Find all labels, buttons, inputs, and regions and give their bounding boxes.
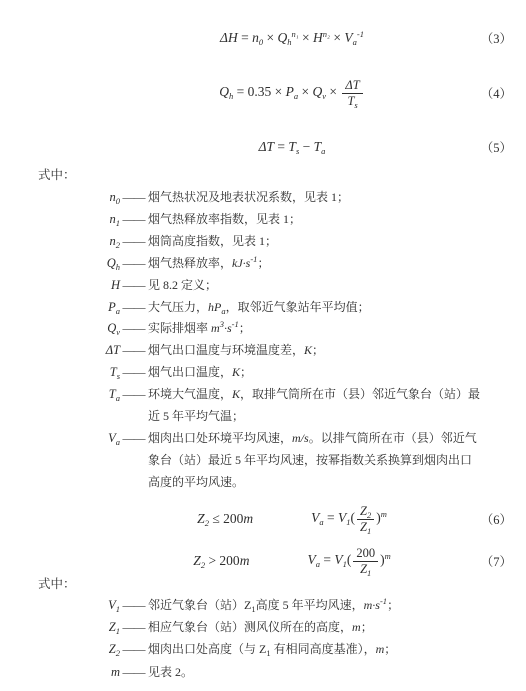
definition-dash: —— — [120, 638, 147, 660]
definition-desc: 见 8.2 定义； — [148, 275, 482, 297]
formula-7-condition: Z2 > 200m — [193, 553, 249, 569]
definition-row: Qh —— 烟气热释放率，kJ·s-1； — [0, 253, 482, 275]
definition-dash: —— — [120, 362, 147, 384]
formula-3: ΔH = n0 × Qhn₁ × Hn₂ × Va-1 — [220, 30, 364, 46]
definition-desc: 环境大气温度，K，取排气筒所在市（县）邻近气象台（站）最近 5 年平均气温； — [148, 384, 482, 428]
definition-dash: —— — [120, 318, 147, 340]
definition-desc: 烟气热状况及地表状况系数，见表 1； — [148, 187, 482, 209]
definition-desc: 烟肉出口处环境平均风速，m/s。以排气筒所在市（县）邻近气象台（站）最近 5 年… — [148, 428, 482, 494]
definition-dash: —— — [120, 384, 147, 406]
definition-symbol: n2 — [0, 231, 120, 253]
formula-5-number: （5） — [481, 138, 512, 156]
definition-row: n0 —— 烟气热状况及地表状况系数，见表 1； — [0, 187, 482, 209]
definition-symbol: Pa — [0, 297, 120, 319]
definition-dash: —— — [120, 428, 147, 450]
formula-5: ΔT = Ts − Ta — [259, 139, 326, 155]
definition-symbol: m — [0, 661, 120, 683]
formula-6-row: Z2 ≤ 200m Va = V1(Z2Z1)m （6） — [88, 499, 496, 539]
where-label-1: 式中： — [38, 165, 76, 183]
formula-6: Va = V1(Z2Z1)m — [311, 504, 387, 534]
definition-desc: 烟气出口温度，K； — [148, 362, 482, 384]
definition-row: Pa —— 大气压力，hPa，取邻近气象站年平均值； — [0, 297, 482, 319]
formula-4-row: Qh = 0.35 × Pa × Qv × ΔTTs （4） — [88, 73, 496, 113]
definition-list-2: V1 —— 邻近气象台（站）Z1高度 5 年平均风速，m·s-1； Z1 —— … — [0, 594, 482, 683]
definition-row: n2 —— 烟筒高度指数，见表 1； — [0, 231, 482, 253]
formula-6-condition: Z2 ≤ 200m — [197, 511, 253, 527]
definition-dash: —— — [120, 187, 147, 209]
formula-4: Qh = 0.35 × Pa × Qv × ΔTTs — [219, 78, 364, 108]
definition-row: Va —— 烟肉出口处环境平均风速，m/s。以排气筒所在市（县）邻近气象台（站）… — [0, 428, 482, 494]
definition-symbol: Z1 — [0, 616, 120, 638]
definition-desc: 烟筒高度指数，见表 1； — [148, 231, 482, 253]
definition-row: Qv —— 实际排烟率 m3·s-1； — [0, 318, 482, 340]
definition-dash: —— — [120, 594, 147, 616]
formula-5-row: ΔT = Ts − Ta （5） — [88, 134, 496, 160]
definition-symbol: Qh — [0, 253, 120, 275]
definition-row: n1 —— 烟气热释放率指数，见表 1； — [0, 209, 482, 231]
definition-list-1: n0 —— 烟气热状况及地表状况系数，见表 1； n1 —— 烟气热释放率指数，… — [0, 187, 482, 494]
definition-desc: 烟肉出口处高度（与 Z1 有相同高度基准），m； — [148, 638, 482, 660]
where-label-2: 式中： — [38, 574, 76, 592]
definition-symbol: ΔT — [0, 340, 120, 362]
definition-dash: —— — [120, 616, 147, 638]
definition-desc: 烟气热释放率指数，见表 1； — [148, 209, 482, 231]
definition-row: Z2 —— 烟肉出口处高度（与 Z1 有相同高度基准），m； — [0, 638, 482, 660]
definition-row: V1 —— 邻近气象台（站）Z1高度 5 年平均风速，m·s-1； — [0, 594, 482, 616]
definition-dash: —— — [120, 340, 147, 362]
definition-dash: —— — [120, 275, 147, 297]
definition-symbol: Ta — [0, 384, 120, 406]
definition-dash: —— — [120, 297, 147, 319]
document-page: ΔH = n0 × Qhn₁ × Hn₂ × Va-1 （3） Qh = 0.3… — [0, 0, 526, 691]
definition-row: m —— 见表 2。 — [0, 661, 482, 683]
formula-6-number: （6） — [481, 510, 512, 528]
definition-dash: —— — [120, 253, 147, 275]
definition-desc: 烟气热释放率，kJ·s-1； — [148, 253, 482, 275]
formula-7-row: Z2 > 200m Va = V1(200Z1)m （7） — [88, 541, 496, 581]
definition-dash: —— — [120, 661, 147, 683]
definition-row: Z1 —— 相应气象台（站）测风仪所在的高度，m； — [0, 616, 482, 638]
formula-7: Va = V1(200Z1)m — [307, 546, 390, 576]
formula-7-number: （7） — [481, 552, 512, 570]
definition-symbol: Ts — [0, 362, 120, 384]
definition-desc: 见表 2。 — [148, 661, 482, 683]
definition-row: ΔT —— 烟气出口温度与环境温度差，K； — [0, 340, 482, 362]
definition-symbol: V1 — [0, 594, 120, 616]
definition-symbol: Qv — [0, 318, 120, 340]
definition-dash: —— — [120, 231, 147, 253]
definition-symbol: n0 — [0, 187, 120, 209]
definition-desc: 大气压力，hPa，取邻近气象站年平均值； — [148, 297, 482, 319]
formula-3-number: （3） — [481, 29, 512, 47]
definition-row: Ta —— 环境大气温度，K，取排气筒所在市（县）邻近气象台（站）最近 5 年平… — [0, 384, 482, 428]
formula-3-row: ΔH = n0 × Qhn₁ × Hn₂ × Va-1 （3） — [88, 24, 496, 52]
definition-row: H —— 见 8.2 定义； — [0, 275, 482, 297]
formula-4-number: （4） — [481, 84, 512, 102]
definition-dash: —— — [120, 209, 147, 231]
definition-desc: 邻近气象台（站）Z1高度 5 年平均风速，m·s-1； — [148, 594, 482, 616]
definition-symbol: Va — [0, 428, 120, 450]
definition-symbol: H — [0, 275, 120, 297]
definition-row: Ts —— 烟气出口温度，K； — [0, 362, 482, 384]
definition-symbol: Z2 — [0, 638, 120, 660]
definition-desc: 烟气出口温度与环境温度差，K； — [148, 340, 482, 362]
definition-desc: 实际排烟率 m3·s-1； — [148, 318, 482, 340]
definition-desc: 相应气象台（站）测风仪所在的高度，m； — [148, 616, 482, 638]
definition-symbol: n1 — [0, 209, 120, 231]
